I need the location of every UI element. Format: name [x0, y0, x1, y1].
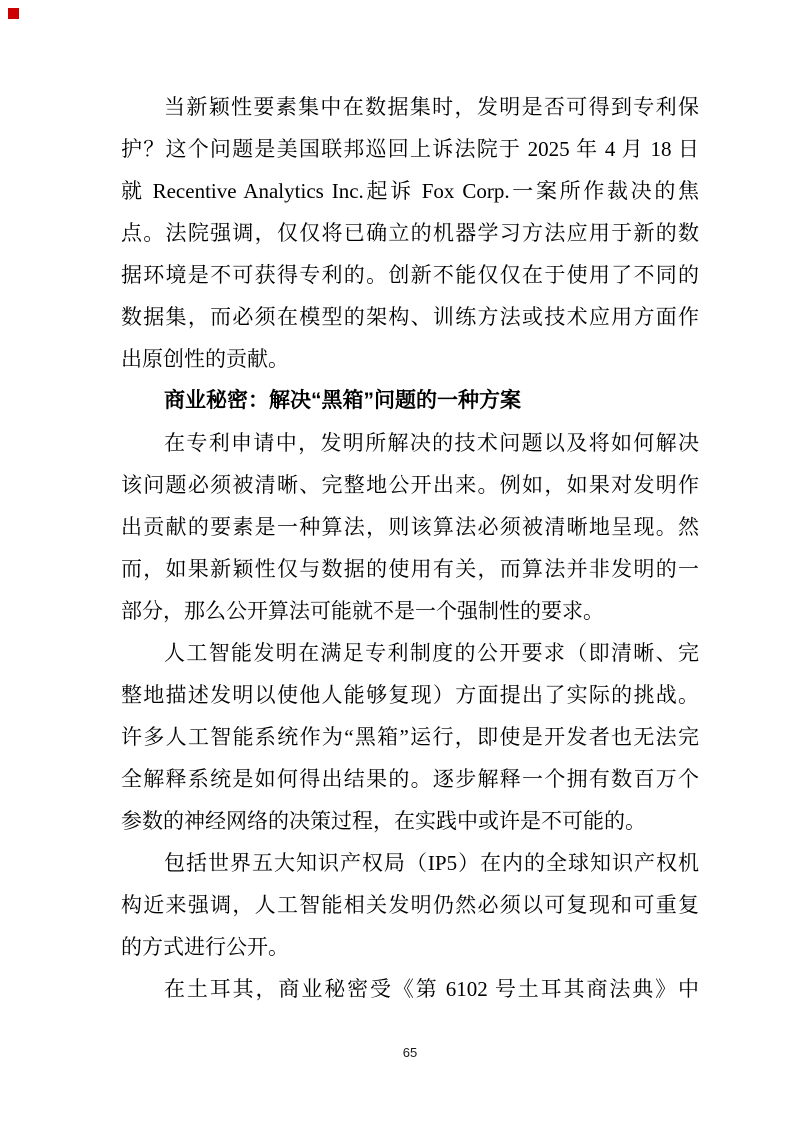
text-line: 出贡献的要素是一种算法，则该算法必须被清晰地呈现。然: [121, 506, 699, 548]
text-line: 数据集，而必须在模型的架构、训练方法或技术应用方面作: [121, 296, 699, 338]
paragraph: 在土耳其，商业秘密受《第 6102 号土耳其商法典》中: [121, 968, 699, 1010]
text-line: 据环境是不可获得专利的。创新不能仅仅在于使用了不同的: [121, 254, 699, 296]
corner-marker: [8, 8, 19, 19]
text-line: 在专利申请中，发明所解决的技术问题以及将如何解决: [121, 422, 699, 464]
text-line: 构近来强调，人工智能相关发明仍然必须以可复现和可重复: [121, 884, 699, 926]
text-line: 整地描述发明以使他人能够复现）方面提出了实际的挑战。: [121, 674, 699, 716]
text-line: 全解释系统是如何得出结果的。逐步解释一个拥有数百万个: [121, 758, 699, 800]
heading-line: 商业秘密：解决“黑箱”问题的一种方案: [121, 380, 699, 422]
text-line: 的方式进行公开。: [121, 926, 699, 968]
text-line: 护？这个问题是美国联邦巡回上诉法院于 2025 年 4 月 18 日: [121, 128, 699, 170]
text-line: 在土耳其，商业秘密受《第 6102 号土耳其商法典》中: [121, 968, 699, 1010]
text-line: 许多人工智能系统作为“黑箱”运行，即使是开发者也无法完: [121, 716, 699, 758]
paragraph: 在专利申请中，发明所解决的技术问题以及将如何解决该问题必须被清晰、完整地公开出来…: [121, 422, 699, 632]
text-line: 部分，那么公开算法可能就不是一个强制性的要求。: [121, 590, 699, 632]
text-line: 出原创性的贡献。: [121, 338, 699, 380]
paragraph: 人工智能发明在满足专利制度的公开要求（即清晰、完整地描述发明以使他人能够复现）方…: [121, 632, 699, 842]
text-line: 人工智能发明在满足专利制度的公开要求（即清晰、完: [121, 632, 699, 674]
document-page: 当新颖性要素集中在数据集时，发明是否可得到专利保护？这个问题是美国联邦巡回上诉法…: [0, 0, 793, 1122]
text-line: 而，如果新颖性仅与数据的使用有关，而算法并非发明的一: [121, 548, 699, 590]
text-line: 参数的神经网络的决策过程，在实践中或许是不可能的。: [121, 800, 699, 842]
paragraph: 包括世界五大知识产权局（IP5）在内的全球知识产权机构近来强调，人工智能相关发明…: [121, 842, 699, 968]
text-line: 点。法院强调，仅仅将已确立的机器学习方法应用于新的数: [121, 212, 699, 254]
page-number: 65: [121, 1045, 699, 1060]
text-line: 当新颖性要素集中在数据集时，发明是否可得到专利保: [121, 86, 699, 128]
paragraph: 当新颖性要素集中在数据集时，发明是否可得到专利保护？这个问题是美国联邦巡回上诉法…: [121, 86, 699, 380]
text-line: 包括世界五大知识产权局（IP5）在内的全球知识产权机: [121, 842, 699, 884]
heading: 商业秘密：解决“黑箱”问题的一种方案: [121, 380, 699, 422]
text-line: 就 Recentive Analytics Inc.起诉 Fox Corp.一案…: [121, 170, 699, 212]
document-body: 当新颖性要素集中在数据集时，发明是否可得到专利保护？这个问题是美国联邦巡回上诉法…: [121, 86, 699, 1010]
text-line: 该问题必须被清晰、完整地公开出来。例如，如果对发明作: [121, 464, 699, 506]
